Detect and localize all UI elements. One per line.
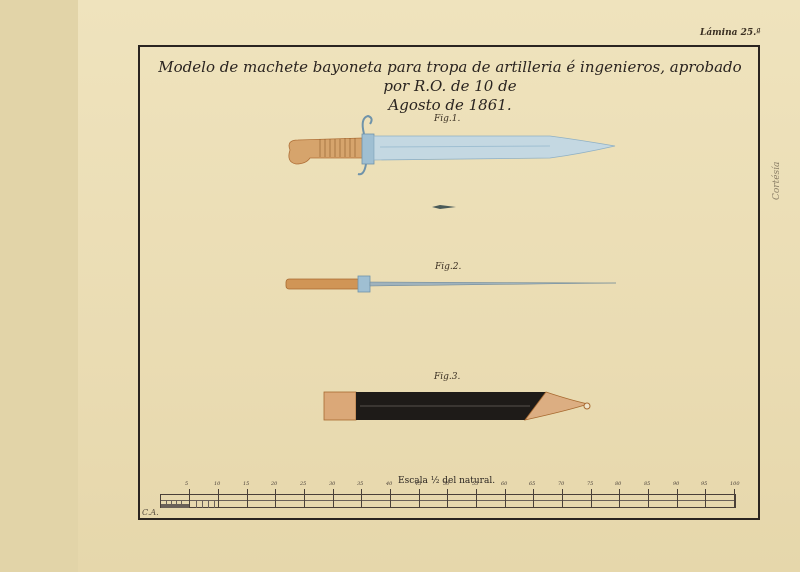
scale-tick: 80 <box>619 489 620 508</box>
scale-tick: 20 <box>275 489 276 508</box>
scale-tick: 70 <box>562 489 563 508</box>
scale-tick: 55 <box>476 489 477 508</box>
fig3-scabbard-drawing <box>320 388 595 424</box>
scale-tick: 60 <box>505 489 506 508</box>
scale-tick: 45 <box>419 489 420 508</box>
scale-tick: 35 <box>361 489 362 508</box>
margin-note: Cortésía <box>772 162 782 200</box>
scale-bar: 5 10 15 20 25 30 35 40 45 50 55 60 65 70… <box>160 494 736 508</box>
left-paper-strip <box>0 0 79 572</box>
fig1-bayonet-drawing <box>280 110 625 185</box>
title-line-1: Modelo de machete bayoneta para tropa de… <box>150 58 750 96</box>
scale-tick: 15 <box>247 489 248 508</box>
plate-number: Lámina 25.ª <box>700 28 761 38</box>
scale-tick: 90 <box>677 489 678 508</box>
fig3-label: Fig.3. <box>434 372 460 382</box>
scale-tick: 75 <box>591 489 592 508</box>
fig2-label: Fig.2. <box>435 262 461 272</box>
scale-tick: 50 <box>447 489 448 508</box>
scale-tick: 100 <box>734 489 735 508</box>
scale-tick: 10 <box>218 489 219 508</box>
scale-tick: 95 <box>705 489 706 508</box>
scale-tick: 30 <box>333 489 334 508</box>
fig1-cross-section <box>432 204 456 210</box>
scale-tick: 25 <box>304 489 305 508</box>
scale-tick: 65 <box>533 489 534 508</box>
scale-tick: 85 <box>648 489 649 508</box>
artist-signature: C.A. <box>142 508 159 517</box>
fig2-bayonet-drawing <box>280 272 625 296</box>
scale-tick: 40 <box>390 489 391 508</box>
scale-tick: 5 <box>189 489 190 508</box>
plate-title: Modelo de machete bayoneta para tropa de… <box>150 58 750 115</box>
